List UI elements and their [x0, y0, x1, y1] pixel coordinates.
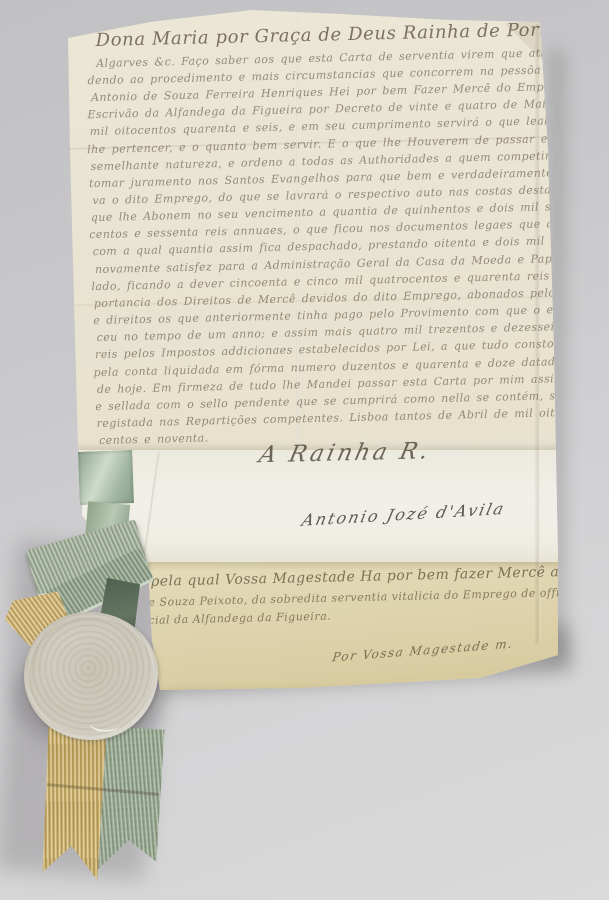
wax-seal — [24, 612, 158, 740]
ribbon-gold-stripe — [39, 723, 106, 880]
counter-signature: Antonio Jozé d'Avila — [300, 501, 507, 529]
closing-formula-line: Por Vossa Magestade m. — [332, 637, 515, 663]
royal-signature: A Rainha R. — [257, 440, 433, 467]
manuscript-line: centos e noventa. — [99, 432, 209, 446]
seal-embossed-arms — [50, 636, 130, 708]
charter-heading-line: Dona Maria por Graça de Deus Rainha de P… — [95, 19, 609, 50]
plica-line: cial da Alfandega da Figueira. — [148, 611, 331, 626]
seal-crack — [89, 714, 121, 734]
plica-line: de Souza Peixoto, da sobredita serventia… — [141, 587, 565, 608]
plica-line: ta pela qual Vossa Magestade Ha por bem … — [130, 564, 593, 589]
satin-ribbon-patch — [78, 450, 134, 505]
hanging-ribbon — [39, 723, 164, 884]
ribbon-green-stripe — [97, 726, 164, 883]
